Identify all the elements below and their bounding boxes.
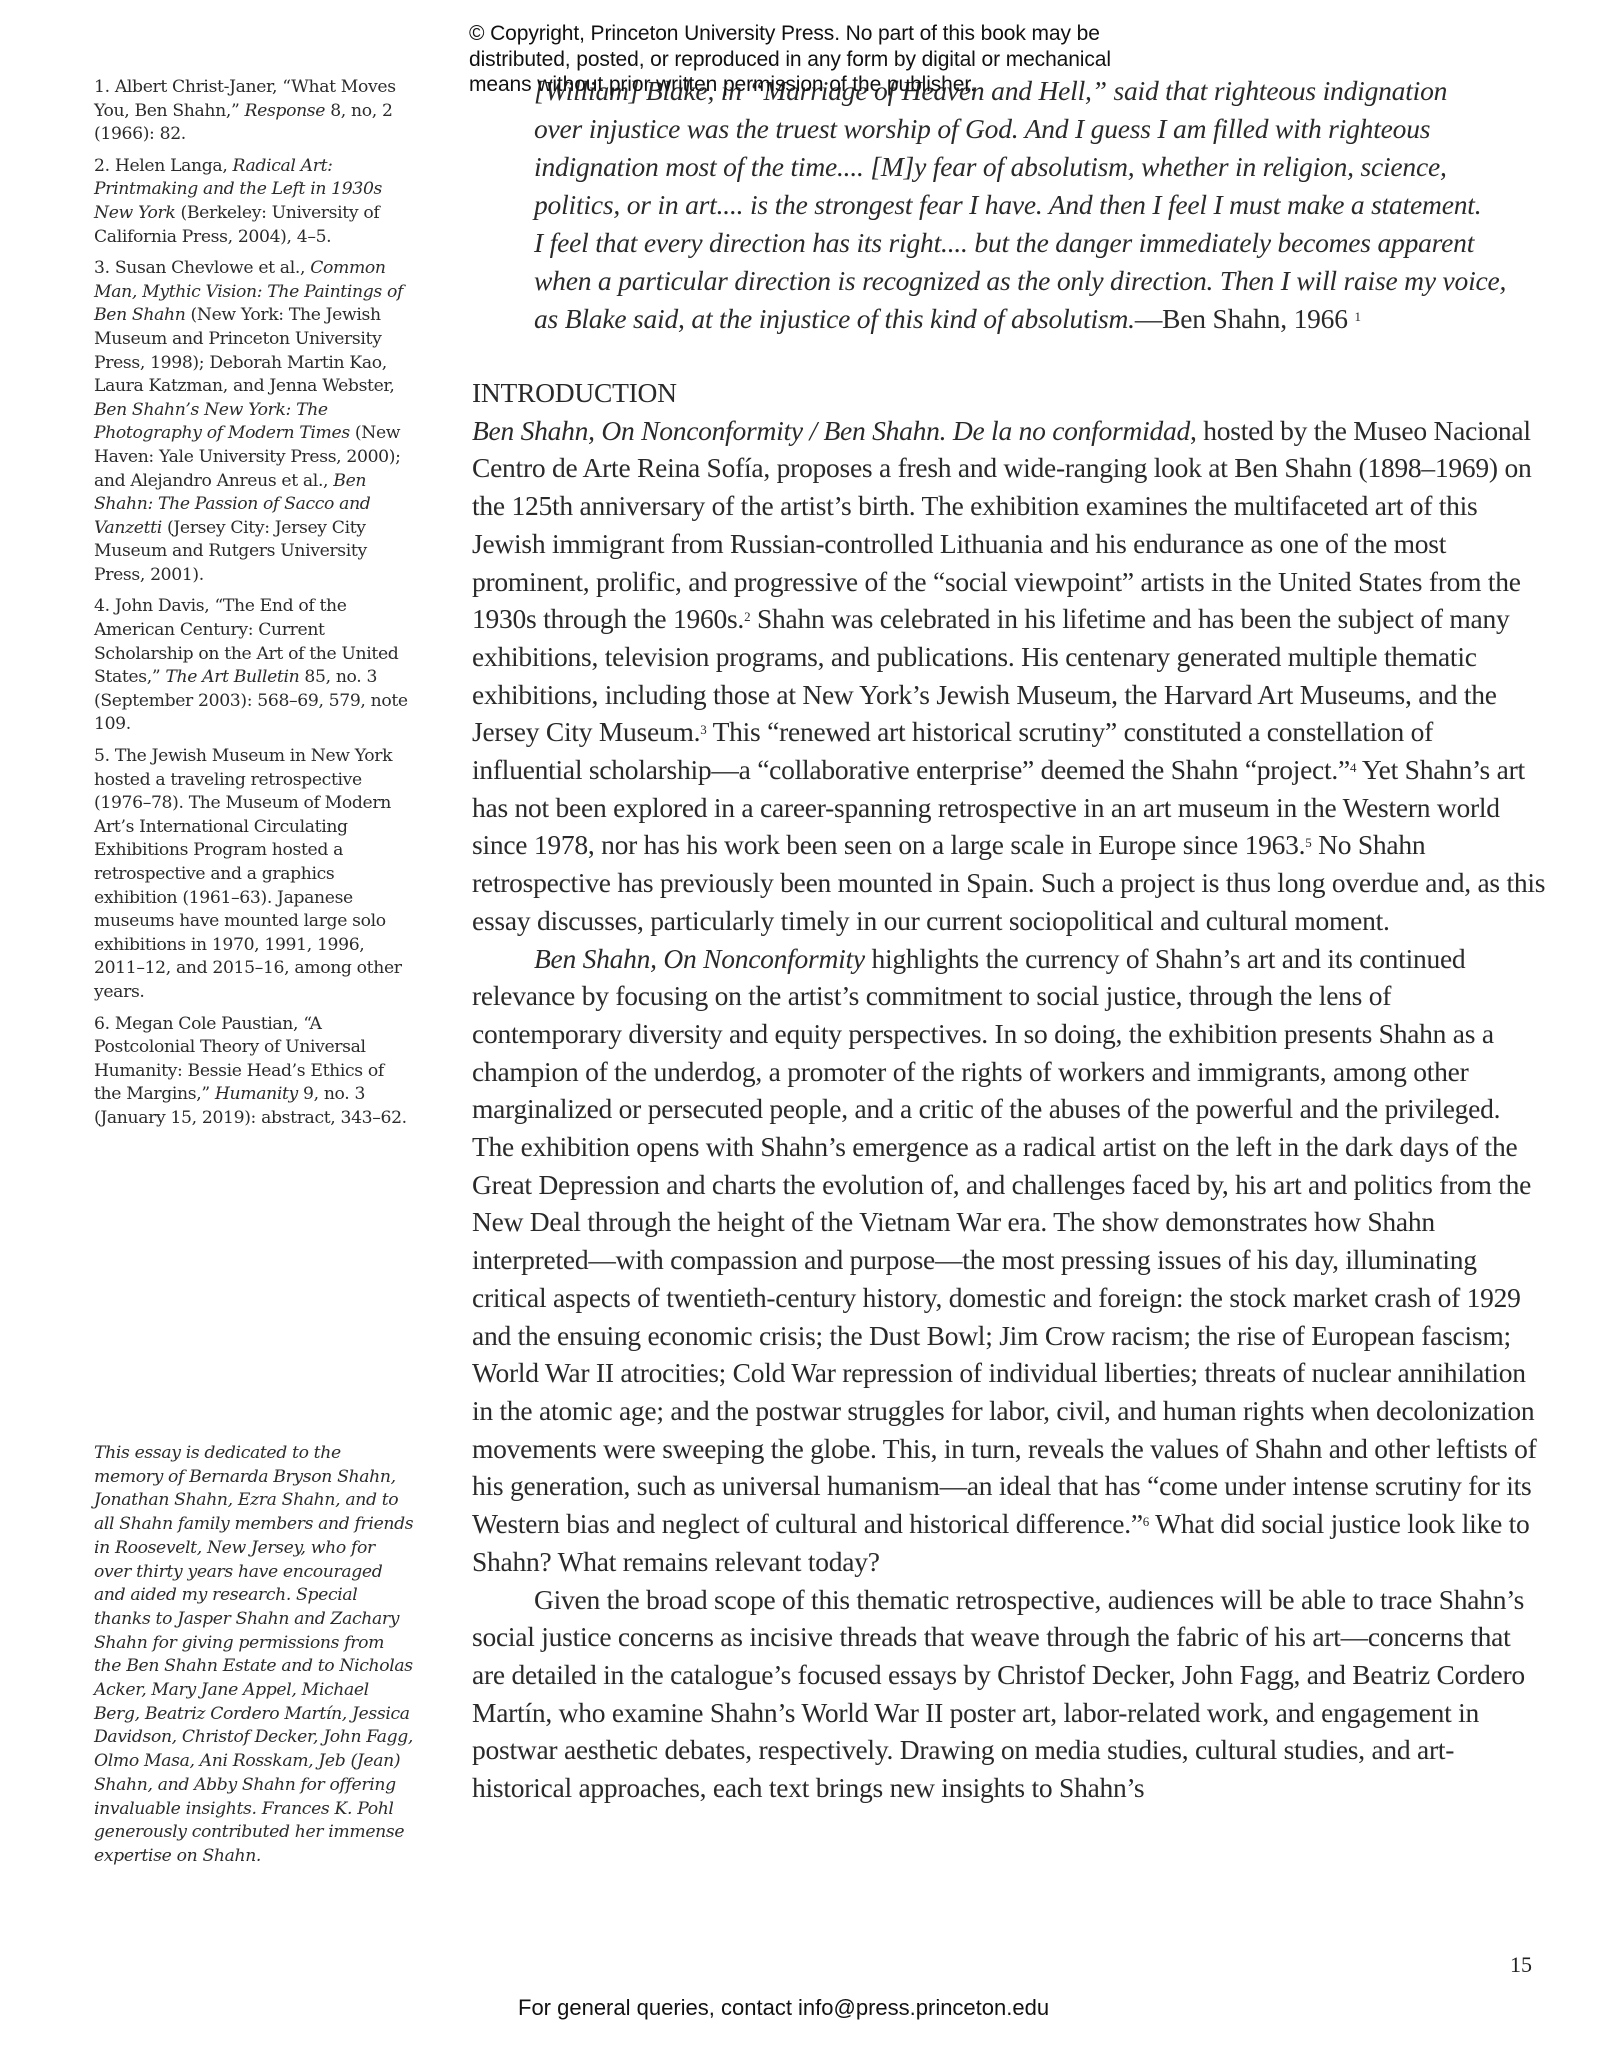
paragraph-3: Given the broad scope of this thematic r… [472, 1581, 1547, 1807]
footnote-1: 1. Albert Christ-Janer, “What Moves You,… [94, 76, 414, 147]
footnote-ref[interactable]: 1 [1354, 309, 1360, 324]
epigraph-line: politics, or in art.... is the strongest… [534, 186, 1544, 224]
footnote-ref[interactable]: 5 [1305, 835, 1311, 850]
epigraph-line: over injustice was the truest worship of… [534, 110, 1544, 148]
footnote-5: 5. The Jewish Museum in New York hosted … [94, 745, 414, 1005]
epigraph-line: as Blake said, at the injustice of this … [534, 300, 1544, 338]
footnote-ref[interactable]: 6 [1143, 1514, 1149, 1529]
epigraph-line: indignation most of the time.... [M]y fe… [534, 148, 1544, 186]
epigraph-quote: [William] Blake, in “Marriage of Heaven … [534, 72, 1544, 338]
epigraph-line: I feel that every direction has its righ… [534, 224, 1544, 262]
copyright-line-3: means without prior written permission o… [469, 72, 1169, 98]
paragraph-1: Ben Shahn, On Nonconformity / Ben Shahn.… [472, 412, 1547, 940]
footnote-3: 3. Susan Chevlowe et al., Common Man, My… [94, 257, 414, 587]
copyright-line-2: distributed, posted, or reproduced in an… [469, 47, 1169, 73]
dedication-note: This essay is dedicated to the memory of… [94, 1442, 414, 1869]
essay-body: INTRODUCTION Ben Shahn, On Nonconformity… [472, 374, 1547, 1807]
copyright-line-1: © Copyright, Princeton University Press.… [469, 21, 1169, 47]
section-heading: INTRODUCTION [472, 374, 1547, 412]
footnote-2: 2. Helen Langa, Radical Art: Printmaking… [94, 155, 414, 249]
footnote-4: 4. John Davis, “The End of the American … [94, 595, 414, 737]
epigraph-attribution: —Ben Shahn, 1966 [1135, 303, 1348, 334]
copyright-notice: © Copyright, Princeton University Press.… [469, 21, 1169, 98]
footer-contact: For general queries, contact info@press.… [518, 1995, 1049, 2021]
page-number: 15 [1510, 1952, 1532, 1978]
epigraph-line: when a particular direction is recognize… [534, 262, 1544, 300]
footnote-ref[interactable]: 4 [1350, 760, 1356, 775]
paragraph-2: Ben Shahn, On Nonconformity highlights t… [472, 940, 1547, 1581]
footnote-6: 6. Megan Cole Paustian, “A Postcolonial … [94, 1013, 414, 1131]
footnotes-column: 1. Albert Christ-Janer, “What Moves You,… [94, 76, 414, 1139]
footnote-ref[interactable]: 2 [744, 609, 750, 624]
footnote-ref[interactable]: 3 [700, 722, 706, 737]
